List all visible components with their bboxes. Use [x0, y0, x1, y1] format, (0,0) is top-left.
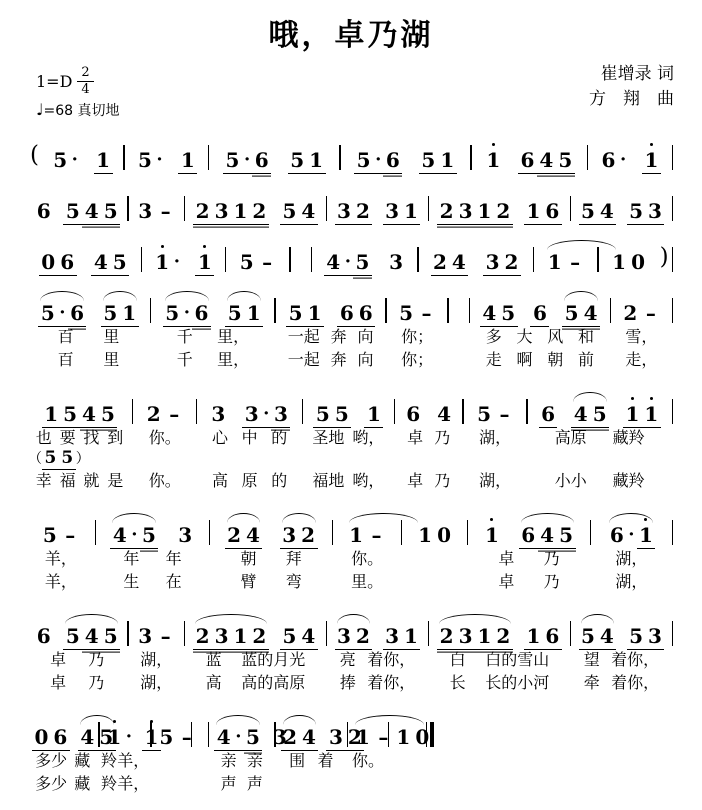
note-group: 5– — [237, 251, 278, 273]
note-group: 5·6 — [38, 302, 86, 324]
measure-notes: 231254 — [186, 183, 325, 222]
note-token: 6 — [530, 302, 549, 324]
note-group: 3– — [136, 625, 177, 647]
note-token: 6 — [543, 200, 562, 222]
measure-notes: 5·1 — [126, 132, 207, 171]
lyric-syllable: 着你， — [611, 647, 659, 670]
note-group: 1– — [353, 726, 394, 748]
barline-stroke — [447, 298, 448, 323]
note-token: 5 — [59, 449, 76, 467]
note-token: 5 — [244, 726, 263, 748]
barline-stroke — [587, 145, 588, 170]
note-token: 5 — [353, 251, 372, 273]
note-token: 3 — [212, 200, 231, 222]
measure: 33·3心中的高原的 — [198, 386, 300, 491]
key-signature: 1=D 2 4 — [36, 66, 120, 96]
note-token: 4 — [78, 726, 97, 748]
measure-notes: 4·53 — [313, 234, 416, 273]
lyrics-row-2: 湖， — [465, 468, 526, 491]
note-token: 6 — [192, 302, 211, 324]
note-group: 4·5 — [214, 726, 262, 748]
barline-stroke — [590, 520, 591, 545]
measure-notes: 3– — [130, 608, 183, 647]
lyric-syllable: 朝 — [241, 546, 257, 569]
measure-notes: 2432 — [277, 709, 346, 748]
lyric-syllable: 着你， — [611, 670, 659, 693]
lyrics-row-1: 白白的雪山 — [430, 647, 569, 670]
note-token: 6 — [404, 403, 423, 425]
augmentation-dot: · — [154, 149, 164, 171]
note-token: 1 — [231, 625, 250, 647]
lyric-syllable: 风 — [547, 324, 563, 347]
barline-stroke — [672, 145, 673, 170]
note-token: 2 — [281, 726, 300, 748]
lyric-syllable: 的 — [271, 468, 287, 491]
note-group: 3 — [209, 403, 228, 425]
note-token: 1 — [178, 149, 197, 171]
measure-notes: 551 — [304, 386, 392, 425]
note-group: 1 — [364, 403, 383, 425]
lyric-syllable: 藏羚 — [613, 425, 645, 448]
lyrics-row-2: 牵着你， — [572, 670, 670, 693]
augmentation-dot: · — [626, 524, 636, 546]
note-token: 6 — [599, 149, 618, 171]
lyrics-row-1: 你。 — [349, 748, 386, 771]
lyric-syllable: 的 — [271, 425, 287, 448]
measure-notes: 2432 — [420, 234, 532, 273]
note-token: 4 — [214, 726, 233, 748]
lyric-syllable: 羚 — [101, 748, 117, 771]
high-octave-dot — [113, 720, 116, 723]
intro-paren-close: ) — [658, 234, 671, 269]
measure: 5453 — [572, 183, 670, 222]
expression-text: 真切地 — [78, 103, 120, 119]
lyric-syllable: 啊 — [517, 347, 533, 370]
note-token: 1 — [305, 302, 324, 324]
lyric-syllable: 藏 — [74, 771, 90, 794]
note-group: 32 — [335, 625, 373, 647]
note-token: 1 — [475, 200, 494, 222]
measure: 6·1湖，湖， — [592, 507, 670, 592]
rest-token: 0 — [435, 524, 454, 546]
note-group: 3– — [136, 200, 177, 222]
note-token: 1 — [623, 403, 642, 425]
augmentation-dot: · — [182, 302, 192, 324]
music-line: 06451·15–4·5324321–10) — [28, 234, 674, 273]
measure-notes: 1– — [535, 234, 596, 273]
barline-stroke — [141, 247, 142, 272]
lyrics-row-2: 高高的高原 — [186, 670, 325, 693]
measure: 45654多大风和走啊朝前 — [471, 285, 609, 370]
note-group: 6· — [599, 149, 628, 171]
lyrics-row-1: 蓝蓝的月光 — [186, 647, 325, 670]
measure-notes: 231254 — [186, 608, 325, 647]
note-token: 4 — [537, 149, 556, 171]
meter-numerator: 2 — [77, 66, 93, 82]
lyric-syllable: 百 — [58, 347, 74, 370]
lyric-syllable: 乃 — [88, 647, 104, 670]
note-token: 2 — [299, 524, 318, 546]
slur-arc — [573, 392, 607, 402]
note-token: 5 — [286, 302, 305, 324]
measure-notes: 1– — [334, 507, 400, 546]
note-token: 4 — [244, 524, 263, 546]
note-token: 5 — [590, 403, 609, 425]
note-group: 54 — [280, 625, 318, 647]
barline-stroke — [225, 247, 226, 272]
music-line: (5·15·15·6515·65116456·1 — [28, 132, 674, 171]
lyrics-row-1: 年年 — [97, 546, 208, 569]
rest-token: 0 — [39, 251, 58, 273]
note-token: 1 — [307, 149, 326, 171]
duration-dash: – — [372, 726, 394, 748]
music-line: 1545也要找到（55）幸福就是2–你。你。33·3心中的高原的551圣地哟，福… — [28, 386, 674, 491]
quarter-note-icon: ♩ — [36, 100, 44, 119]
measure-notes: 33·3 — [198, 386, 300, 425]
lyric-syllable: 哟， — [352, 425, 384, 448]
note-token: 2 — [250, 625, 269, 647]
note-token: 5 — [40, 524, 59, 546]
slur-arc — [439, 614, 511, 624]
lyrics-row-2: 福地哟， — [304, 468, 392, 491]
note-token: 3 — [383, 200, 402, 222]
barline — [288, 234, 291, 272]
lyric-syllable: 声 — [247, 771, 263, 794]
note-token: 5 — [237, 251, 256, 273]
lyric-syllable: 你。 — [149, 468, 181, 491]
note-token: 1 — [475, 625, 494, 647]
note-group: 5·6 — [163, 302, 211, 324]
note-group: 1· — [105, 726, 134, 748]
note-token: 5 — [140, 524, 159, 546]
duration-dash: – — [640, 302, 662, 324]
lyric-syllable: 里， — [217, 324, 249, 347]
lyric-syllable: 和 — [578, 324, 594, 347]
note-token: 3 — [136, 625, 155, 647]
lyric-syllable: 高 — [212, 468, 228, 491]
measure-notes: 1545 — [28, 386, 131, 425]
barline-stroke — [184, 196, 185, 221]
augmentation-dot: · — [343, 251, 353, 273]
measure-notes: 64 — [396, 386, 461, 425]
lyric-syllable: 向 — [358, 347, 374, 370]
note-token: 1 — [484, 149, 503, 171]
note-token: 5 — [419, 149, 438, 171]
slur-arc — [521, 513, 574, 523]
barline — [446, 285, 449, 323]
lyric-syllable: 臂 — [241, 569, 257, 592]
note-token: 3 — [209, 403, 228, 425]
lyric-syllable: 幸 — [36, 468, 52, 491]
measure: 1– — [535, 234, 596, 273]
measure: 231254蓝蓝的月光高高的高原 — [186, 608, 325, 693]
note-token: 2 — [494, 200, 513, 222]
note-token: 2 — [353, 625, 372, 647]
note-token: 6 — [58, 251, 77, 273]
measure: 2432 — [420, 234, 532, 273]
music-line: 0645多少藏多少藏1·1羚羊，羚羊，5–4·53亲亲声声2432围着1–你。1… — [28, 709, 674, 794]
barline-stroke — [132, 399, 133, 424]
barline — [671, 183, 674, 221]
measure: 0645多少藏多少藏 — [28, 709, 97, 794]
note-token: 6 — [34, 625, 53, 647]
note-group: 32 — [335, 200, 373, 222]
note-group: 545 — [63, 625, 120, 647]
measure: 5– — [227, 234, 288, 273]
measure-notes: 3231 — [328, 608, 426, 647]
barline-stroke — [95, 520, 96, 545]
note-group: 54 — [562, 302, 600, 324]
note-group: 4·5 — [110, 524, 158, 546]
credits: 崔增录 词 方 翔 曲 — [589, 62, 674, 111]
lyrics-row-1: 千里， — [152, 324, 273, 347]
lyric-syllable: 走， — [625, 347, 657, 370]
note-group: 10 — [394, 726, 432, 748]
measure-notes: 231216 — [430, 183, 569, 222]
note-token: 3 — [335, 625, 354, 647]
measure: 1645 — [473, 132, 586, 171]
note-group: 54 — [579, 200, 617, 222]
note-token: 6 — [356, 302, 375, 324]
note-token: 5 — [288, 149, 307, 171]
measure: 4·53 — [313, 234, 416, 273]
lyrics-row-2: 长长的小河 — [430, 670, 569, 693]
note-group: 5– — [157, 726, 198, 748]
measure: 2432围着 — [277, 709, 346, 794]
note-token: 6 — [543, 625, 562, 647]
barline-stroke — [385, 298, 386, 323]
lyric-syllable: 里， — [217, 347, 249, 370]
lyrics-row-2: 多少藏 — [28, 771, 97, 794]
lyric-syllable: 白 — [450, 647, 466, 670]
lyric-syllable: 着你， — [367, 647, 415, 670]
barline-stroke — [208, 722, 209, 747]
note-group: 1 — [642, 149, 661, 171]
note-token: 5 — [562, 302, 581, 324]
note-token: 3 — [456, 625, 475, 647]
measure: 5–你；你； — [388, 285, 446, 370]
note-token: 6 — [518, 149, 537, 171]
note-token: 5 — [225, 302, 244, 324]
barline-stroke — [401, 520, 402, 545]
note-token: 5 — [163, 302, 182, 324]
duration-dash: – — [564, 251, 586, 273]
note-token: 4 — [597, 200, 616, 222]
score-meta: 1=D 2 4 ♩=68 真切地 崔增录 词 方 翔 曲 — [28, 62, 674, 124]
lyric-syllable: 高 — [206, 670, 222, 693]
barline-stroke — [326, 196, 327, 221]
measure: 5·651 — [210, 132, 338, 171]
lyric-syllable: 望 — [584, 647, 600, 670]
augmentation-dot: · — [129, 524, 139, 546]
music-system: 5–羊，羊，4·53年年生在2432朝拜臂弯1–你。里。101645卓乃卓乃6·… — [28, 507, 674, 592]
rest-token: 0 — [629, 251, 648, 273]
note-group: 10 — [610, 251, 648, 273]
note-token: 2 — [494, 625, 513, 647]
note-token: 5 — [280, 200, 299, 222]
lyrics-row-2: 卓乃 — [28, 670, 126, 693]
note-token: 6 — [68, 302, 87, 324]
barline-stroke — [469, 298, 470, 323]
barline-stroke — [127, 196, 128, 221]
measure: 3– — [130, 183, 183, 222]
note-token: 5 — [280, 625, 299, 647]
lyric-syllable: 里 — [103, 324, 119, 347]
measure-notes: 5453 — [572, 183, 670, 222]
barline — [671, 608, 674, 646]
duration-dash: – — [163, 403, 185, 425]
measure-notes: 5– — [465, 386, 526, 425]
note-token: 1 — [416, 524, 435, 546]
measure: 5166一起奔向一起奔向 — [277, 285, 385, 370]
lyrics-row-1: 高原藏羚 — [529, 425, 671, 448]
measure-notes: 2432 — [211, 507, 331, 546]
note-token: 5 — [42, 449, 59, 467]
lyric-syllable: 高的高原 — [241, 670, 305, 693]
note-group: 545 — [63, 200, 120, 222]
measure-notes: 2– — [612, 285, 670, 324]
measure: 1–你。 — [349, 709, 386, 794]
measure-notes: 10 — [600, 234, 658, 273]
duration-dash: – — [155, 200, 177, 222]
lyric-syllable: 羊， — [45, 569, 77, 592]
pickup-paren-open: （ — [28, 448, 42, 468]
note-group: 45 — [91, 251, 129, 273]
note-token: 3 — [483, 251, 502, 273]
lyric-syllable: 湖， — [479, 468, 511, 491]
measure-notes: 3– — [130, 183, 183, 222]
note-group: 24 — [281, 726, 319, 748]
duration-dash: – — [59, 524, 81, 546]
note-group: 31 — [383, 625, 421, 647]
note-token: 1 — [120, 302, 139, 324]
note-group: 51 — [225, 302, 263, 324]
note-group: 1 — [484, 149, 503, 171]
augmentation-dot: · — [172, 251, 182, 273]
note-token: 5 — [579, 625, 598, 647]
high-octave-dot — [203, 245, 206, 248]
barline-stroke — [462, 399, 463, 424]
note-group: 2312 — [437, 200, 513, 222]
note-token: 6 — [539, 403, 558, 425]
note-group: 1545 — [42, 403, 118, 425]
note-token: 4 — [480, 302, 499, 324]
meter-denominator: 4 — [77, 82, 93, 97]
lyrics-row-2: 生在 — [97, 569, 208, 592]
lyrics-row-1: 卓乃 — [28, 647, 126, 670]
note-token: 2 — [144, 403, 163, 425]
barline-stroke — [672, 196, 673, 221]
barline-stroke — [610, 298, 611, 323]
note-token: 2 — [225, 524, 244, 546]
lyrics-row-1 — [153, 748, 190, 771]
lyric-syllable: 卓 — [407, 425, 423, 448]
barline-stroke — [326, 621, 327, 646]
lyric-syllable: 中 — [242, 425, 258, 448]
lyric-syllable: 羊， — [45, 546, 77, 569]
note-group: 4·5 — [324, 251, 372, 273]
barline-stroke — [150, 298, 151, 323]
note-group: 24 — [431, 251, 469, 273]
note-token: 4 — [324, 251, 343, 273]
note-token: 3 — [242, 403, 261, 425]
lyric-syllable: 要 — [60, 425, 76, 448]
measure-notes: 3231 — [328, 183, 426, 222]
note-group: 53 — [627, 200, 665, 222]
lyrics-row-1: 圣地哟， — [304, 425, 392, 448]
lyrics-row-2: 羊， — [28, 569, 94, 592]
note-token: 5 — [223, 149, 242, 171]
lyric-syllable: 千 — [177, 324, 193, 347]
lyric-syllable: 也 — [36, 425, 52, 448]
duration-dash: – — [155, 625, 177, 647]
note-token: 5 — [63, 625, 82, 647]
pickup-row — [304, 448, 392, 468]
note-token: 2 — [431, 251, 450, 273]
measure: 6·1 — [589, 132, 670, 171]
augmentation-dot: · — [233, 726, 243, 748]
lyric-syllable: 湖， — [615, 569, 647, 592]
barline — [671, 507, 674, 545]
note-group: 1· — [153, 251, 182, 273]
lyrics-row-1: 羊， — [28, 546, 94, 569]
note-group: 6 — [404, 403, 423, 425]
note-token: 1 — [42, 403, 61, 425]
lyric-syllable: 雪， — [625, 324, 657, 347]
note-token: 3 — [280, 524, 299, 546]
barline-stroke — [672, 520, 673, 545]
note-token: 5 — [101, 200, 120, 222]
lyric-syllable: 亮 — [340, 647, 356, 670]
pickup-row — [198, 448, 300, 468]
note-token: 5 — [557, 524, 576, 546]
lyrics-row-1: 多大风和 — [471, 324, 609, 347]
barline-stroke — [428, 196, 429, 221]
measure-notes: 5166 — [277, 285, 385, 324]
lyrics-row-1: 卓乃 — [469, 546, 589, 569]
lyrics-row-1: 你； — [388, 324, 446, 347]
lyric-syllable: 你； — [401, 324, 433, 347]
note-token: 5 — [63, 200, 82, 222]
lyric-syllable: 你； — [401, 347, 433, 370]
barline-stroke — [597, 247, 598, 272]
note-token: 1 — [637, 524, 656, 546]
lyric-syllable: 湖， — [140, 670, 172, 693]
lyric-syllable: 羚 — [101, 771, 117, 794]
note-group: 5·6 — [354, 149, 402, 171]
note-group: 54 — [579, 625, 617, 647]
pickup-row — [465, 448, 526, 468]
note-token: 1 — [642, 403, 661, 425]
lyric-syllable: 多少 — [35, 771, 67, 794]
note-group: 16 — [524, 200, 562, 222]
note-token: 1 — [105, 726, 124, 748]
measure-notes: 6·1 — [589, 132, 670, 171]
note-group: 66 — [337, 302, 375, 324]
lyrics-row-2: 湖， — [130, 670, 183, 693]
note-token: 5 — [157, 726, 176, 748]
lyric-syllable: 卓 — [498, 569, 514, 592]
note-group: 53 — [627, 625, 665, 647]
note-token: 4 — [435, 403, 454, 425]
lyric-syllable: 捧 — [340, 670, 356, 693]
note-token: 5 — [627, 200, 646, 222]
slur-arc — [65, 614, 118, 624]
lyrics-row-2: 你。 — [134, 468, 195, 491]
barline-stroke — [467, 520, 468, 545]
lyric-syllable: 牵 — [584, 670, 600, 693]
note-token: 1 — [244, 302, 263, 324]
